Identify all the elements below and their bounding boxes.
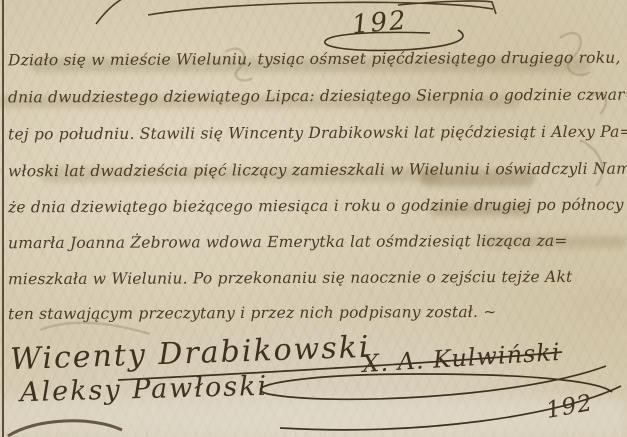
record-line: tej po południu. Stawili się Wincenty Dr… — [8, 123, 627, 144]
record-line: że dnia dziewiątego bieżącego miesiąca i… — [8, 196, 624, 217]
signature-witness-1: Wicenty Drabikowski — [9, 330, 371, 378]
top-flourish — [148, 2, 493, 15]
signature-official: X. A. Kulwiński — [361, 338, 561, 378]
record-line: umarła Joanna Żebrowa wdowa Emerytka lat… — [8, 232, 568, 252]
record-line: ten stawającym przeczytany i przez nich … — [8, 303, 497, 323]
record-line: włoski lat dwadzieścia pięć liczący zami… — [8, 160, 627, 181]
act-number: 192 — [351, 6, 409, 41]
document-page: 192 Działo się w mieście Wieluniu, tysią… — [0, 0, 627, 437]
top-flourish — [96, 0, 128, 24]
signature-witness-2: Aleksy Pawłoski — [20, 371, 269, 408]
ghost-mark — [40, 323, 150, 334]
record-line: dnia dwudziestego dziewiątego Lipca: dzi… — [8, 86, 627, 107]
margin-rule-line — [2, 0, 4, 437]
record-line: Działo się w mieście Wieluniu, tysiąc oś… — [8, 49, 621, 70]
top-flourish — [398, 1, 496, 14]
record-line: mieszkała w Wieluniu. Po przekonaniu się… — [8, 268, 573, 288]
